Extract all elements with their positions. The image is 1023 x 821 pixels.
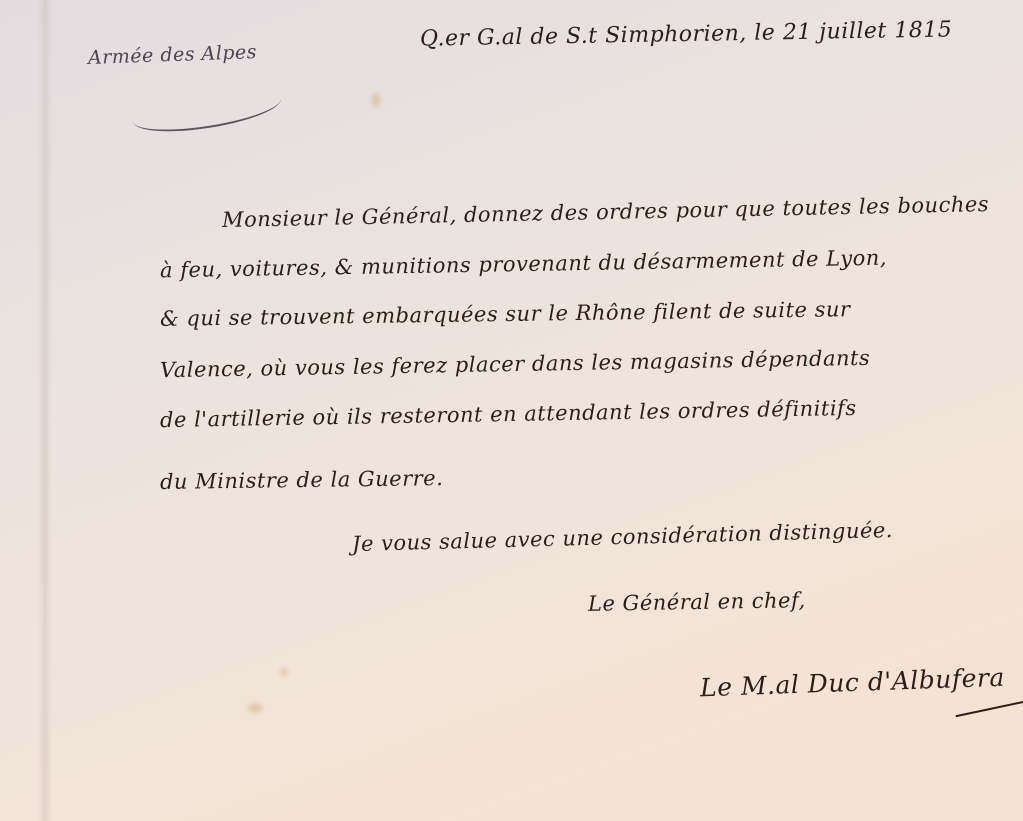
army-heading: Armée des Alpes <box>88 41 258 69</box>
paper-stain <box>248 703 262 713</box>
signature-flourish <box>956 701 1023 718</box>
paper-stain <box>372 93 380 107</box>
paper-fold-crease <box>38 0 52 821</box>
closing-salutation: Je vous salue avec une considération dis… <box>352 518 893 556</box>
body-line: Valence, où vous les ferez placer dans l… <box>160 346 871 382</box>
signatory-title: Le Général en chef, <box>588 588 806 616</box>
paper-stain <box>280 668 288 676</box>
body-line: & qui se trouvent embarquées sur le Rhôn… <box>160 297 851 331</box>
signature: Le M.al Duc d'Albufera <box>700 663 1006 703</box>
body-line: du Ministre de la Guerre. <box>160 466 444 494</box>
body-line: Monsieur le Général, donnez des ordres p… <box>222 192 989 232</box>
place-date-line: Q.er G.al de S.t Simphorien, le 21 juill… <box>420 17 953 51</box>
heading-flourish <box>130 82 284 139</box>
body-line: de l'artillerie où ils resteront en atte… <box>160 396 857 432</box>
body-line: à feu, voitures, & munitions provenant d… <box>160 246 887 283</box>
